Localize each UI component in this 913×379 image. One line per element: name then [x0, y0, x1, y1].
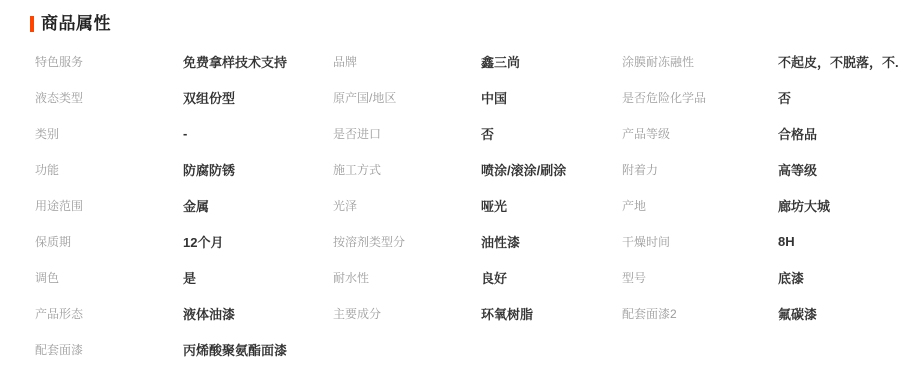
attribute-item: 产品形态 液体油漆	[35, 295, 333, 331]
attribute-item: 原产国/地区 中国	[333, 79, 622, 115]
product-attributes-section: 商品属性 特色服务 免费拿样技术支持 品牌 鑫三尚 涂膜耐冻融性 不起皮，不脱落…	[0, 0, 913, 367]
attribute-item: 配套面漆 丙烯酸聚氨酯面漆	[35, 331, 333, 367]
attribute-label: 配套面漆2	[622, 305, 778, 322]
attribute-value: -	[183, 126, 327, 141]
attribute-item: 功能 防腐防锈	[35, 151, 333, 187]
attribute-label: 型号	[622, 269, 778, 286]
attribute-value: 环氧树脂	[481, 304, 616, 323]
attribute-label: 产品形态	[35, 305, 183, 322]
attribute-value: 良好	[481, 268, 616, 287]
attribute-item: 特色服务 免费拿样技术支持	[35, 43, 333, 79]
attribute-item: 按溶剂类型分 油性漆	[333, 223, 622, 259]
attribute-label: 保质期	[35, 233, 183, 250]
attribute-label: 用途范围	[35, 197, 183, 214]
attribute-value: 免费拿样技术支持	[183, 52, 327, 71]
attribute-value: 廊坊大城	[778, 196, 899, 215]
attributes-grid: 特色服务 免费拿样技术支持 品牌 鑫三尚 涂膜耐冻融性 不起皮，不脱落，不...…	[35, 43, 905, 367]
attribute-item: 主要成分 环氧树脂	[333, 295, 622, 331]
attribute-item: 液态类型 双组份型	[35, 79, 333, 115]
attribute-item: 是否进口 否	[333, 115, 622, 151]
attribute-label: 干燥时间	[622, 233, 778, 250]
attribute-value: 否	[778, 88, 899, 107]
attribute-label: 主要成分	[333, 305, 481, 322]
attribute-item: 调色 是	[35, 259, 333, 295]
attribute-value: 喷涂/滚涂/刷涂	[481, 160, 616, 179]
attribute-value: 油性漆	[481, 232, 616, 251]
attribute-value: 合格品	[778, 124, 899, 143]
attribute-value: 中国	[481, 88, 616, 107]
attribute-value: 高等级	[778, 160, 899, 179]
attribute-value: 液体油漆	[183, 304, 327, 323]
attribute-label: 类别	[35, 125, 183, 142]
attribute-label: 涂膜耐冻融性	[622, 53, 778, 70]
attribute-label: 是否进口	[333, 125, 481, 142]
attribute-label: 调色	[35, 269, 183, 286]
attribute-value: 是	[183, 268, 327, 287]
attribute-item: 品牌 鑫三尚	[333, 43, 622, 79]
attribute-value: 丙烯酸聚氨酯面漆	[183, 340, 327, 359]
attribute-item: 施工方式 喷涂/滚涂/刷涂	[333, 151, 622, 187]
attribute-item: 用途范围 金属	[35, 187, 333, 223]
attribute-item: 配套面漆2 氟碳漆	[622, 295, 905, 331]
attribute-item: 涂膜耐冻融性 不起皮，不脱落，不...	[622, 43, 905, 79]
attribute-item: 是否危险化学品 否	[622, 79, 905, 115]
attribute-item: 附着力 高等级	[622, 151, 905, 187]
attribute-value: 双组份型	[183, 88, 327, 107]
attribute-value: 防腐防锈	[183, 160, 327, 179]
attribute-item: 型号 底漆	[622, 259, 905, 295]
attribute-item: 干燥时间 8H	[622, 223, 905, 259]
attribute-item: 保质期 12个月	[35, 223, 333, 259]
section-title: 商品属性	[41, 14, 111, 34]
attribute-value: 金属	[183, 196, 327, 215]
attribute-label: 附着力	[622, 161, 778, 178]
attribute-value: 不起皮，不脱落，不...	[778, 52, 899, 71]
accent-bar-icon	[30, 16, 34, 32]
attribute-label: 按溶剂类型分	[333, 233, 481, 250]
attribute-label: 配套面漆	[35, 341, 183, 358]
attribute-item: 产地 廊坊大城	[622, 187, 905, 223]
attribute-label: 产地	[622, 197, 778, 214]
attribute-label: 特色服务	[35, 53, 183, 70]
section-header: 商品属性	[30, 14, 905, 34]
attribute-item: 光泽 哑光	[333, 187, 622, 223]
attribute-item: 类别 -	[35, 115, 333, 151]
attribute-label: 液态类型	[35, 89, 183, 106]
attribute-label: 施工方式	[333, 161, 481, 178]
attribute-value: 底漆	[778, 268, 899, 287]
attribute-label: 光泽	[333, 197, 481, 214]
attribute-label: 品牌	[333, 53, 481, 70]
attribute-label: 功能	[35, 161, 183, 178]
attribute-value: 否	[481, 124, 616, 143]
attribute-label: 耐水性	[333, 269, 481, 286]
attribute-value: 12个月	[183, 232, 327, 251]
attribute-label: 是否危险化学品	[622, 89, 778, 106]
attribute-value: 鑫三尚	[481, 52, 616, 71]
attribute-label: 产品等级	[622, 125, 778, 142]
attribute-value: 8H	[778, 234, 899, 249]
attribute-item: 产品等级 合格品	[622, 115, 905, 151]
attribute-value: 哑光	[481, 196, 616, 215]
attribute-value: 氟碳漆	[778, 304, 899, 323]
attribute-label: 原产国/地区	[333, 89, 481, 106]
attribute-item: 耐水性 良好	[333, 259, 622, 295]
